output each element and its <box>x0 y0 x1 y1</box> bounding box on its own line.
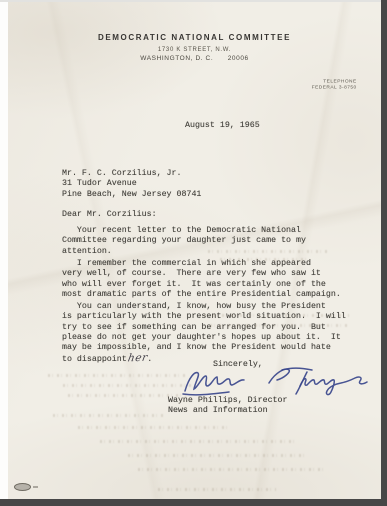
bleedthrough-artifact <box>138 468 326 471</box>
recipient-city: Pine Beach, New Jersey 08741 <box>62 190 201 200</box>
salutation: Dear Mr. Corzilius: <box>62 210 157 219</box>
body-line: may be impossible, and I know the Presid… <box>62 343 346 353</box>
scan-shadow-bottom <box>0 499 387 506</box>
paragraph-2: I remember the commercial in which she a… <box>62 259 341 300</box>
signer-title: Wayne Phillips, Director <box>168 396 288 406</box>
body-line: Your recent letter to the Democratic Nat… <box>62 226 306 236</box>
bleedthrough-artifact <box>220 258 308 261</box>
bleedthrough-artifact <box>53 414 163 417</box>
body-line: You can understand, I know, how busy the… <box>62 302 346 312</box>
bleedthrough-artifact <box>63 384 191 387</box>
union-printing-label-stamp <box>14 483 38 492</box>
scanned-letter-photo: DEMOCRATIC NATIONAL COMMITTEE 1730 K STR… <box>0 0 387 506</box>
bleedthrough-artifact <box>158 488 276 491</box>
handwritten-her-insert: her <box>127 353 148 362</box>
body-line: most dramatic parts of the entire Presid… <box>62 290 341 300</box>
letterhead-city-zip: WASHINGTON, D. C. 20006 <box>8 55 381 62</box>
letter-date: August 19, 1965 <box>185 121 260 130</box>
scan-shadow-right <box>381 0 387 506</box>
signer-department: News and Information <box>168 406 288 416</box>
recipient-name: Mr. F. C. Corzilius, Jr. <box>62 169 201 179</box>
union-label-oval <box>14 483 31 491</box>
bleedthrough-artifact <box>204 314 349 317</box>
typed-prefix: to disappoint <box>62 355 127 364</box>
signer-block: Wayne Phillips, Director News and Inform… <box>168 396 288 417</box>
letterhead-telephone: TELEPHONE FEDERAL 3-8750 <box>312 78 357 90</box>
bleedthrough-artifact <box>78 426 228 429</box>
bleedthrough-artifact <box>210 324 348 327</box>
paragraph-3: You can understand, I know, how busy the… <box>62 302 346 364</box>
letterhead-street-address: 1730 K STREET, N.W. <box>8 47 381 53</box>
bleedthrough-artifact <box>48 374 186 377</box>
letterhead: DEMOCRATIC NATIONAL COMMITTEE 1730 K STR… <box>8 33 381 62</box>
recipient-street: 31 Tudor Avenue <box>62 179 201 189</box>
bleedthrough-artifact <box>68 394 186 397</box>
bleedthrough-artifact <box>100 440 298 443</box>
body-line: please do not get your daughter's hopes … <box>62 333 346 343</box>
body-line: very well, of course. There are very few… <box>62 269 341 279</box>
bleedthrough-artifact <box>208 250 328 253</box>
letterhead-organization: DEMOCRATIC NATIONAL COMMITTEE <box>8 33 381 42</box>
bleedthrough-artifact <box>128 454 306 457</box>
body-line: Committee regarding your daughter just c… <box>62 236 306 246</box>
body-last-line: to disappointher. <box>62 354 346 364</box>
body-line: who will ever forget it. It was certainl… <box>62 280 341 290</box>
union-label-number-mark <box>33 486 38 488</box>
letter-paper: DEMOCRATIC NATIONAL COMMITTEE 1730 K STR… <box>8 2 381 499</box>
telephone-number: FEDERAL 3-8750 <box>312 84 357 90</box>
recipient-address-block: Mr. F. C. Corzilius, Jr. 31 Tudor Avenue… <box>62 169 201 200</box>
